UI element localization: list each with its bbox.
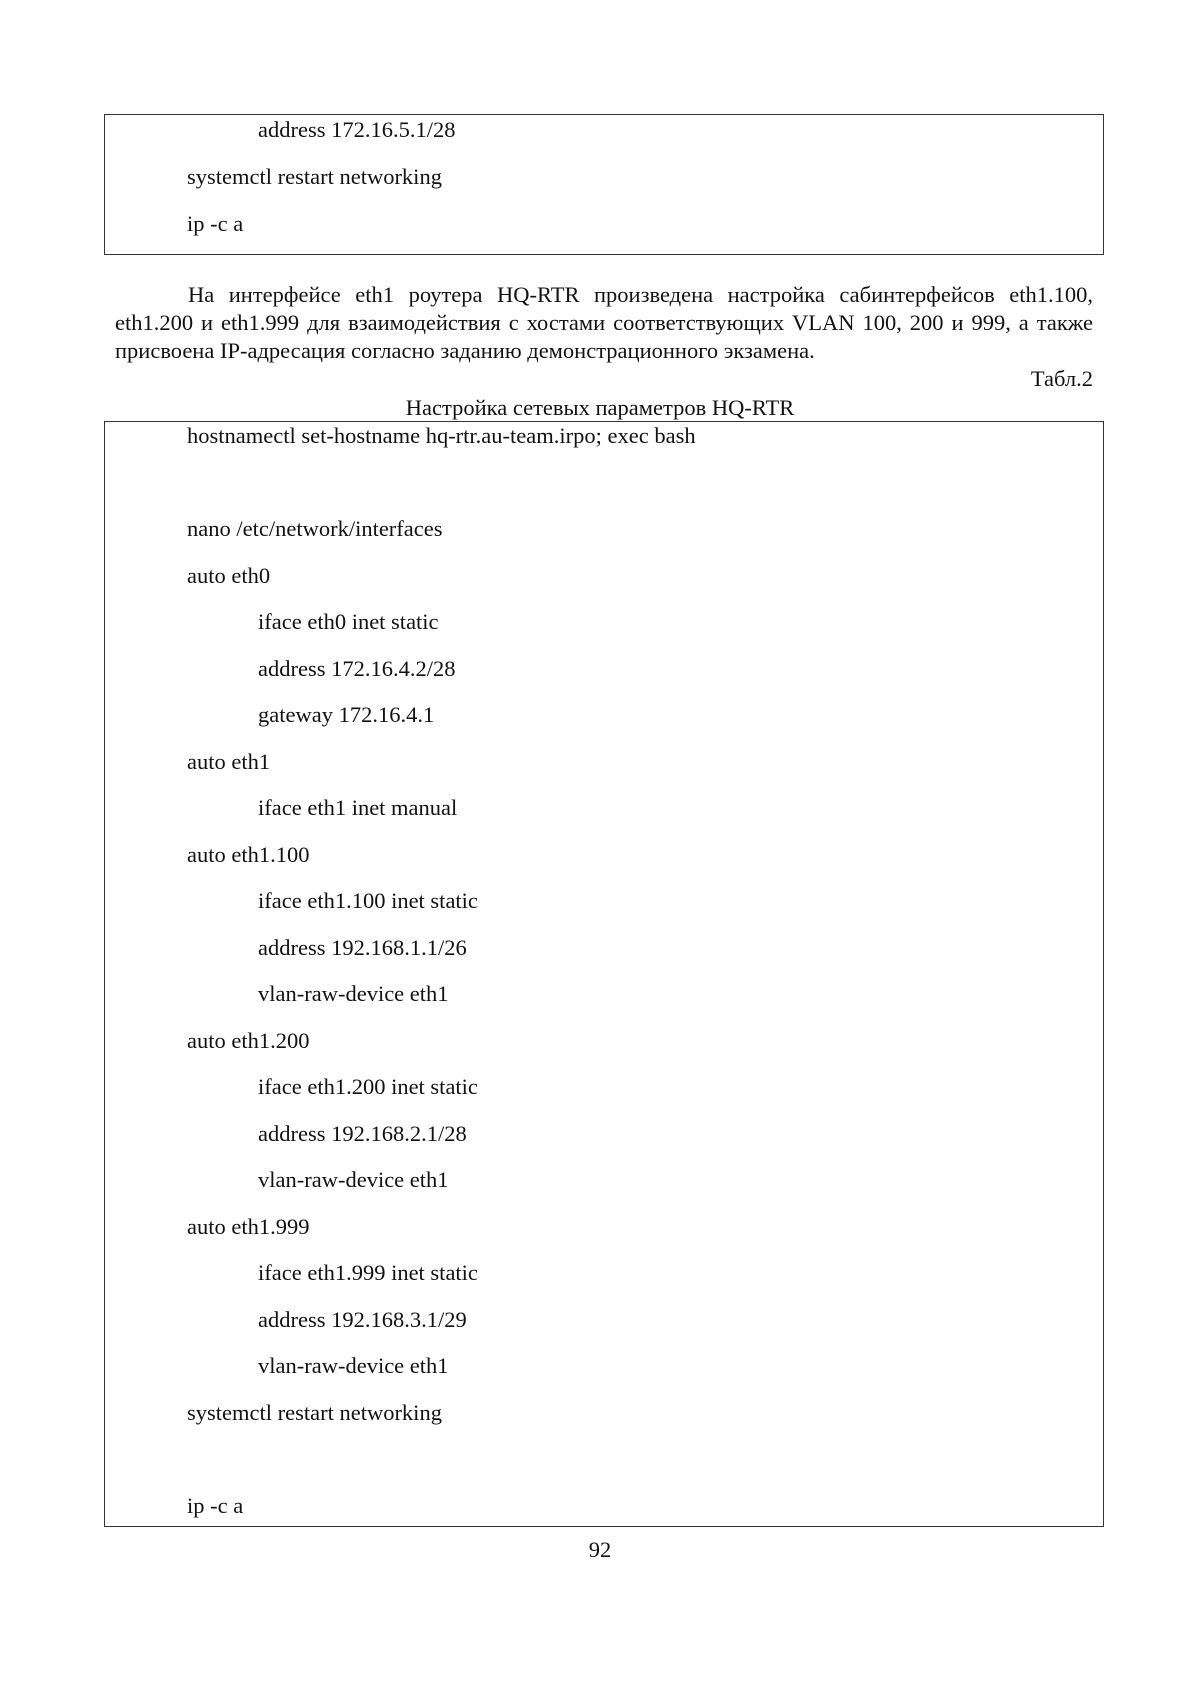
code-line: gateway 172.16.4.1 — [258, 702, 434, 728]
code-line: auto eth1.999 — [187, 1214, 309, 1240]
code-line: address 192.168.3.1/29 — [258, 1307, 467, 1333]
code-line: systemctl restart networking — [187, 164, 442, 190]
code-line: iface eth1.999 inet static — [258, 1260, 478, 1286]
code-line: auto eth1.200 — [187, 1028, 309, 1054]
page-number: 92 — [0, 1537, 1200, 1563]
code-line: iface eth1.200 inet static — [258, 1074, 478, 1100]
code-line: iface eth1 inet manual — [258, 795, 457, 821]
code-line: address 192.168.1.1/26 — [258, 935, 467, 961]
code-line: vlan-raw-device eth1 — [258, 1353, 449, 1379]
code-line: address 172.16.4.2/28 — [258, 656, 455, 682]
code-line: auto eth1 — [187, 749, 270, 775]
code-block-hq-rtr-config: hostnamectl set-hostname hq-rtr.au-team.… — [104, 421, 1104, 1527]
code-line: address 172.16.5.1/28 — [258, 117, 455, 143]
code-line: vlan-raw-device eth1 — [258, 1167, 449, 1193]
code-line: hostnamectl set-hostname hq-rtr.au-team.… — [187, 423, 696, 449]
code-line: iface eth1.100 inet static — [258, 888, 478, 914]
code-line: auto eth1.100 — [187, 842, 309, 868]
code-line: iface eth0 inet static — [258, 609, 439, 635]
code-line: systemctl restart networking — [187, 1400, 442, 1426]
code-line: address 192.168.2.1/28 — [258, 1121, 467, 1147]
paragraph-text: На интерфейсе eth1 роутера HQ-RTR произв… — [115, 281, 1093, 365]
code-line: ip -c a — [187, 1493, 243, 1519]
code-line: nano /etc/network/interfaces — [187, 516, 443, 542]
body-paragraph: На интерфейсе eth1 роутера HQ-RTR произв… — [115, 281, 1093, 365]
table-label: Табл.2 — [1031, 366, 1093, 392]
table-caption: Настройка сетевых параметров HQ-RTR — [0, 395, 1200, 421]
code-block-continued: address 172.16.5.1/28systemctl restart n… — [104, 114, 1104, 255]
code-line: vlan-raw-device eth1 — [258, 981, 449, 1007]
code-line: ip -c a — [187, 211, 243, 237]
code-line: auto eth0 — [187, 563, 270, 589]
